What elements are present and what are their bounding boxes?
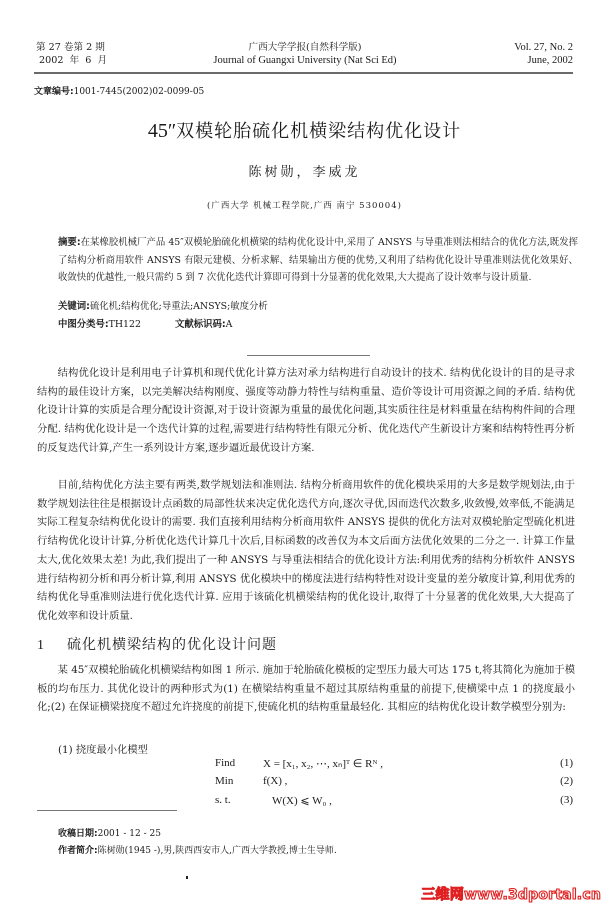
volume-number-en: Vol. 27, No. 2 [514,41,573,54]
classification: 中图分类号:TH122文献标识码:A [58,316,232,330]
section1-paragraph: 某 45″双模轮胎硫化机横梁结构如图 1 所示. 施加于轮胎硫化模板的定型压力最… [37,661,575,717]
section-title: 硫化机横梁结构的优化设计问题 [67,637,277,653]
intro-paragraph-1: 结构优化设计是利用电子计算机和现代优化计算方法对承力结构进行自动设计的技术. 结… [37,364,575,458]
equation-expression: X = [x₁, x₂, ⋯, xₙ]ᵀ ∈ Rᴺ , [263,757,383,770]
author-bio: 作者简介:陈树勋(1945 -),男,陕西西安市人,广西大学教授,博士生导师. [58,843,337,856]
article-number-value: 1001-7445(2002)02-0099-05 [74,87,205,97]
header-divider [34,72,573,74]
equation-number: (2) [560,775,573,787]
section-heading: 1硫化机横梁结构的优化设计问题 [37,634,277,654]
paragraph-text: 目前,结构优化方法主要有两类,数学规划法和准则法. 结构分析商用软件的优化模块采… [37,476,575,626]
footnote-divider [37,810,177,811]
intro-paragraph-2: 目前,结构优化方法主要有两类,数学规划法和准则法. 结构分析商用软件的优化模块采… [37,476,575,626]
equation-number: (1) [560,757,573,769]
abstract-text: 在某橡胶机械厂产品 45″双模轮胎硫化机横梁的结构优化设计中,采用了 ANSYS… [58,237,578,283]
author-bio-value: 陈树勋(1945 -),男,陕西西安市人,广西大学教授,博士生导师. [98,846,337,856]
affiliation: (广西大学 机械工程学院,广西 南宁 530004) [0,199,609,211]
equation-keyword: Find [215,757,235,769]
keywords-text: 硫化机;结构优化;导重法;ANSYS;敏度分析 [90,301,268,312]
keywords: 关键词:硫化机;结构优化;导重法;ANSYS;敏度分析 [58,298,268,312]
keywords-label: 关键词: [58,301,90,312]
section-number: 1 [37,638,45,653]
issue-date: 2002 年 6 月 [36,54,107,67]
model-subheading: (1) 挠度最小化模型 [58,741,148,756]
clc-label: 中图分类号: [58,319,109,330]
clc-value: TH122 [109,319,141,330]
received-date: 收稿日期:2001 - 12 - 25 [58,826,161,839]
doc-code-value: A [226,319,233,330]
authors: 陈树勋，李威龙 [0,161,609,180]
abstract-label: 摘要: [58,237,81,248]
doc-code-label: 文献标识码: [175,319,226,330]
issue-date-en: June, 2002 [514,54,573,67]
equation-keyword: Min [215,775,233,787]
paragraph-text: 某 45″双模轮胎硫化机横梁结构如图 1 所示. 施加于轮胎硫化模板的定型压力最… [37,661,575,717]
equation-expression: W(X) ⩽ W₀ , [272,794,332,807]
scan-speck [186,876,188,879]
equation-keyword: s. t. [215,794,231,806]
site-watermark: 三维网www.3dportal.cn [421,884,601,904]
journal-name-zh: 广西大学学报(自然科学版) [180,41,430,54]
abstract-divider [247,355,370,356]
received-value: 2001 - 12 - 25 [98,829,161,839]
running-header-issue: 第 27 卷第 2 期 2002 年 6 月 [36,41,107,67]
running-header-journal: 广西大学学报(自然科学版) Journal of Guangxi Univers… [180,41,430,67]
paper-title: 45″双模轮胎硫化机横梁结构优化设计 [0,117,609,143]
abstract: 摘要:在某橡胶机械厂产品 45″双模轮胎硫化机横梁的结构优化设计中,采用了 AN… [58,234,578,287]
title-size-prefix: 45″ [148,120,176,142]
equation-number: (3) [560,794,573,806]
issue-volume: 第 27 卷第 2 期 [36,41,107,54]
article-number: 文章编号:1001-7445(2002)02-0099-05 [34,84,204,97]
received-label: 收稿日期: [58,829,98,839]
running-header-volume-en: Vol. 27, No. 2 June, 2002 [514,41,573,67]
author-bio-label: 作者简介: [58,846,98,856]
title-text: 双模轮胎硫化机横梁结构优化设计 [176,121,461,142]
journal-name-en: Journal of Guangxi University (Nat Sci E… [180,54,430,67]
paragraph-text: 结构优化设计是利用电子计算机和现代优化计算方法对承力结构进行自动设计的技术. 结… [37,364,575,458]
equation-expression: f(X) , [263,775,287,787]
article-number-label: 文章编号: [34,87,74,97]
